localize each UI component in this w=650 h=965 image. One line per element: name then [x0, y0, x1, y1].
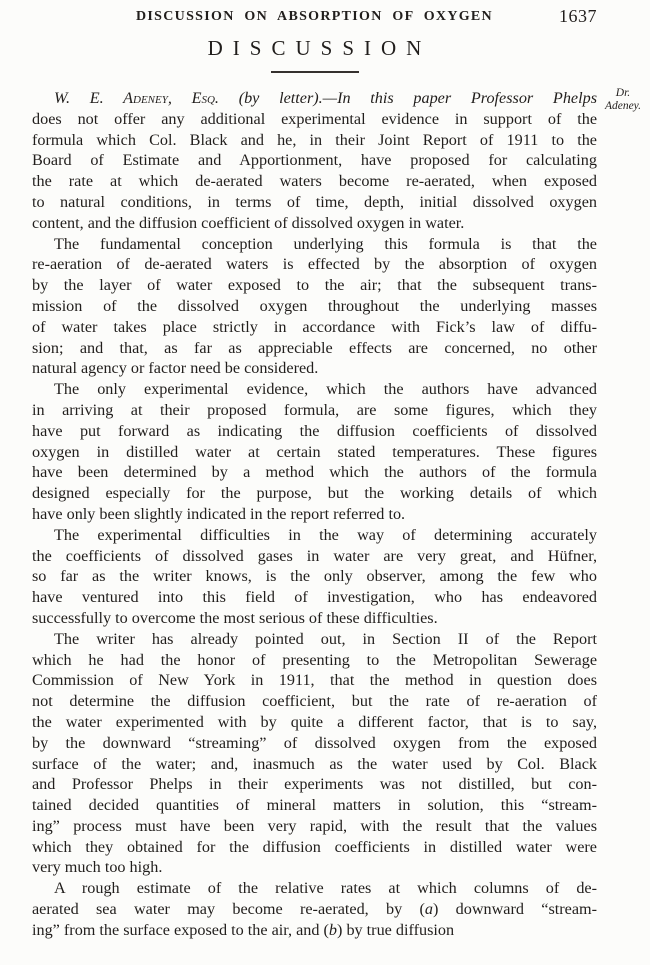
- text-line: in arriving at their proposed formula, a…: [32, 400, 597, 421]
- running-header-title: DISCUSSION ON ABSORPTION OF OXYGEN: [32, 6, 597, 25]
- text-line: oxygen in distilled water at certain sta…: [32, 442, 597, 463]
- text-line: by the layer of water exposed to the air…: [32, 275, 597, 296]
- text-line: aerated sea water may become re-aerated,…: [32, 899, 597, 920]
- section-title-rule: [271, 71, 359, 73]
- paragraph: W. E. Adeney, Esq. (by letter).—In this …: [32, 88, 597, 234]
- margin-note: Dr. Adeney.: [596, 87, 650, 112]
- paragraph: The only experimental evidence, which th…: [32, 379, 597, 525]
- text-line: by the downward “streaming” of dissolved…: [32, 733, 597, 754]
- text-segment: a: [425, 900, 433, 918]
- text-line: which he had the honor of presenting to …: [32, 650, 597, 671]
- text-segment: (by letter).—In this paper Professor Phe…: [239, 89, 597, 107]
- text-line: designed especially for the purpose, but…: [32, 483, 597, 504]
- text-line: so far as the writer knows, is the only …: [32, 566, 597, 587]
- text-line: Board of Estimate and Apportionment, hav…: [32, 150, 597, 171]
- text-line: The only experimental evidence, which th…: [32, 379, 597, 400]
- section-title: DISCUSSION: [32, 36, 597, 61]
- text-line: have put forward as indicating the diffu…: [32, 421, 597, 442]
- paragraph: The fundamental conception underlying th…: [32, 234, 597, 380]
- text-line: have ventured into this field of investi…: [32, 587, 597, 608]
- text-segment: W. E. Adeney, Esq.: [54, 89, 239, 107]
- text-line: have only been slightly indicated in the…: [32, 504, 597, 525]
- paragraph: The experimental difficulties in the way…: [32, 525, 597, 629]
- text-segment: ing” from the surface exposed to the air…: [32, 921, 329, 939]
- text-line: and Professor Phelps in their experiment…: [32, 774, 597, 795]
- text-line: not determine the diffusion coefficient,…: [32, 691, 597, 712]
- text-line: which they obtained for the diffusion co…: [32, 837, 597, 858]
- text-line: surface of the water; and, inasmuch as t…: [32, 754, 597, 775]
- text-line: ing” process must have been very rapid, …: [32, 816, 597, 837]
- margin-note-line1: Dr.: [596, 87, 650, 100]
- text-line: mission of the dissolved oxygen througho…: [32, 296, 597, 317]
- text-line: re-aeration of de-aerated waters is effe…: [32, 254, 597, 275]
- text-segment: b: [329, 921, 337, 939]
- scanned-page: DISCUSSION ON ABSORPTION OF OXYGEN 1637 …: [0, 0, 650, 965]
- paragraph: The writer has already pointed out, in S…: [32, 629, 597, 879]
- text-line: have been determined by a method which t…: [32, 462, 597, 483]
- text-line: The fundamental conception underlying th…: [32, 234, 597, 255]
- text-line: successfully to overcome the most seriou…: [32, 608, 597, 629]
- paragraph: A rough estimate of the relative rates a…: [32, 878, 597, 940]
- text-line: to natural conditions, in terms of time,…: [32, 192, 597, 213]
- text-line: content, and the diffusion coefficient o…: [32, 213, 597, 234]
- text-line: formula which Col. Black and he, in thei…: [32, 130, 597, 151]
- text-segment: ) by true diffusion: [337, 921, 454, 939]
- margin-note-line2: Adeney.: [596, 100, 650, 113]
- body-text: W. E. Adeney, Esq. (by letter).—In this …: [32, 88, 597, 941]
- text-line: The writer has already pointed out, in S…: [32, 629, 597, 650]
- text-line: natural agency or factor need be conside…: [32, 358, 597, 379]
- text-line: W. E. Adeney, Esq. (by letter).—In this …: [32, 88, 597, 109]
- text-line: of water takes place strictly in accorda…: [32, 317, 597, 338]
- text-line: A rough estimate of the relative rates a…: [32, 878, 597, 899]
- text-line: the rate at which de-aerated waters beco…: [32, 171, 597, 192]
- text-line: sion; and that, as far as appreciable ef…: [32, 338, 597, 359]
- page-number: 1637: [559, 6, 597, 27]
- running-header: DISCUSSION ON ABSORPTION OF OXYGEN 1637: [32, 6, 597, 32]
- text-line: ing” from the surface exposed to the air…: [32, 920, 597, 941]
- text-line: does not offer any additional experiment…: [32, 109, 597, 130]
- text-line: The experimental difficulties in the way…: [32, 525, 597, 546]
- text-line: very much too high.: [32, 857, 597, 878]
- text-line: Commission of New York in 1911, that the…: [32, 670, 597, 691]
- text-segment: aerated sea water may become re-aerated,…: [32, 900, 425, 918]
- text-line: the coefficients of dissolved gases in w…: [32, 546, 597, 567]
- text-line: the water experimented with by quite a d…: [32, 712, 597, 733]
- text-segment: ) downward “stream-: [433, 900, 597, 918]
- text-line: tained decided quantities of mineral mat…: [32, 795, 597, 816]
